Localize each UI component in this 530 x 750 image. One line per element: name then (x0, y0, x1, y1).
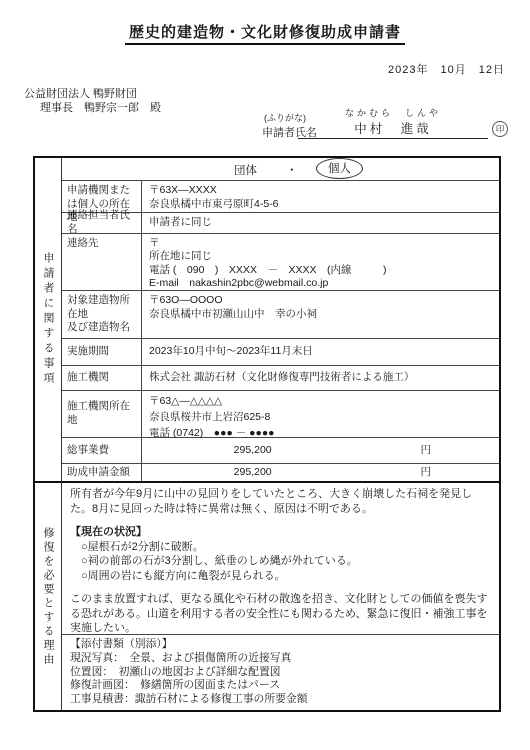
applicant-section-vertical-label: 申請者に関する事項 (35, 158, 62, 481)
table-row-period: 実施期間 2023年10月中旬～2023年11月末日 (62, 339, 499, 366)
row-label: 連絡担当者氏名 (62, 213, 142, 233)
row-label: 助成申請金額 (62, 464, 142, 481)
attachments-list: 現況写真： 全景、および損傷箇所の近接写真 位置図： 初瀬山の地図および詳細な配… (70, 652, 491, 707)
row-label: 総事業費 (62, 438, 142, 463)
applicant-name-field: なかむら しんや 中村 進哉 (298, 106, 488, 139)
total-cost-amount: 295,200 (142, 444, 363, 458)
row-value: 株式会社 諏訪石材（文化財修復専門技術者による施工） (142, 366, 499, 390)
reason-section: 修復を必要とする理由 所有者が今年9月に山中の見回りをしていたところ、大きく崩壊… (35, 481, 499, 710)
row-value: 〒63X―XXXX 奈良県橘中市東弓原町4-5-6 (142, 181, 499, 212)
row-label: 施工機関所在地 (62, 391, 142, 437)
row-value: 申請者に同じ (142, 213, 499, 233)
reason-text-block: 所有者が今年9月に山中の見回りをしていたところ、大きく崩壊した石祠を発見した。8… (62, 483, 499, 635)
row-label: 施工機関 (62, 366, 142, 390)
document-header: 歴史的建造物・文化財修復助成申請書 (0, 21, 530, 45)
attachments-block: 【添付書類（別添）】 現況写真： 全景、および損傷箇所の近接写真 位置図： 初瀬… (62, 635, 499, 710)
row-value: 〒63O―OOOO 奈良県橘中市初瀬山山中 幸の小祠 (142, 291, 499, 338)
grant-request-amount: 295,200 (142, 466, 363, 480)
attachments-heading: 【添付書類（別添）】 (70, 638, 491, 652)
row-value: 295,200 円 (142, 438, 499, 463)
current-status-items: ○屋根石が2分割に破断。 ○祠の前部の石が3分割し、紙垂のしめ縄が外れている。 … (70, 540, 491, 584)
type-separator-dot: ・ (286, 162, 298, 178)
current-status-heading: 【現在の状況】 (70, 525, 491, 540)
row-label: 連絡先 (62, 234, 142, 290)
reason-section-vertical-label: 修復を必要とする理由 (35, 483, 62, 710)
row-label: 実施期間 (62, 339, 142, 365)
applicant-section: 申請者に関する事項 団体 ・ 個人 申請機関または個人の所在地 〒63X―XXX… (35, 158, 499, 481)
reason-paragraph-1: 所有者が今年9月に山中の見回りをしていたところ、大きく崩壊した石祠を発見した。8… (70, 487, 491, 516)
table-row-contact-info: 連絡先 〒 所在地に同じ 電話 ( 090 ) XXXX － XXXX (内線 … (62, 234, 499, 291)
table-row-contractor-address: 施工機関所在地 〒63△―△△△△ 奈良県桜井市上岩沼625-8 電話 (074… (62, 391, 499, 438)
row-value: 295,200 円 (142, 464, 499, 481)
document-date: 2023年 10月 12日 (388, 61, 505, 77)
total-cost-unit: 円 (363, 444, 431, 458)
table-row-contact-person: 連絡担当者氏名 申請者に同じ (62, 213, 499, 234)
applicant-furigana: なかむら しんや (298, 106, 488, 119)
table-row-grant-amount: 助成申請金額 295,200 円 (62, 464, 499, 481)
type-option-group: 団体 (234, 162, 257, 178)
row-value: 〒63△―△△△△ 奈良県桜井市上岩沼625-8 電話 (0742) ●●● －… (142, 391, 499, 437)
reason-paragraph-2: このまま放置すれば、更なる風化や石材の散逸を招き、文化財としての価値を喪失する恐… (70, 592, 491, 635)
row-value: 2023年10月中旬～2023年11月末日 (142, 339, 499, 365)
table-row-contractor: 施工機関 株式会社 諏訪石材（文化財修復専門技術者による施工） (62, 366, 499, 391)
table-row-total-cost: 総事業費 295,200 円 (62, 438, 499, 464)
applicant-type-row: 団体 ・ 個人 (62, 158, 499, 181)
page-title: 歴史的建造物・文化財修復助成申請書 (125, 21, 405, 45)
recipient-person: 理事長 鴨野宗一郎 殿 (40, 99, 161, 115)
table-row-target-building: 対象建造物所在地 及び建造物名 〒63O―OOOO 奈良県橘中市初瀬山山中 幸の… (62, 291, 499, 339)
grant-request-unit: 円 (363, 466, 431, 480)
row-label: 申請機関または個人の所在地 (62, 181, 142, 212)
row-value: 〒 所在地に同じ 電話 ( 090 ) XXXX － XXXX (内線 ) E-… (142, 234, 499, 290)
seal-stamp-icon: 印 (492, 121, 508, 137)
type-option-individual-circled: 個人 (316, 158, 363, 179)
application-form-table: 申請者に関する事項 団体 ・ 個人 申請機関または個人の所在地 〒63X―XXX… (33, 156, 501, 712)
applicant-name: 中村 進哉 (298, 119, 488, 137)
row-label: 対象建造物所在地 及び建造物名 (62, 291, 142, 338)
